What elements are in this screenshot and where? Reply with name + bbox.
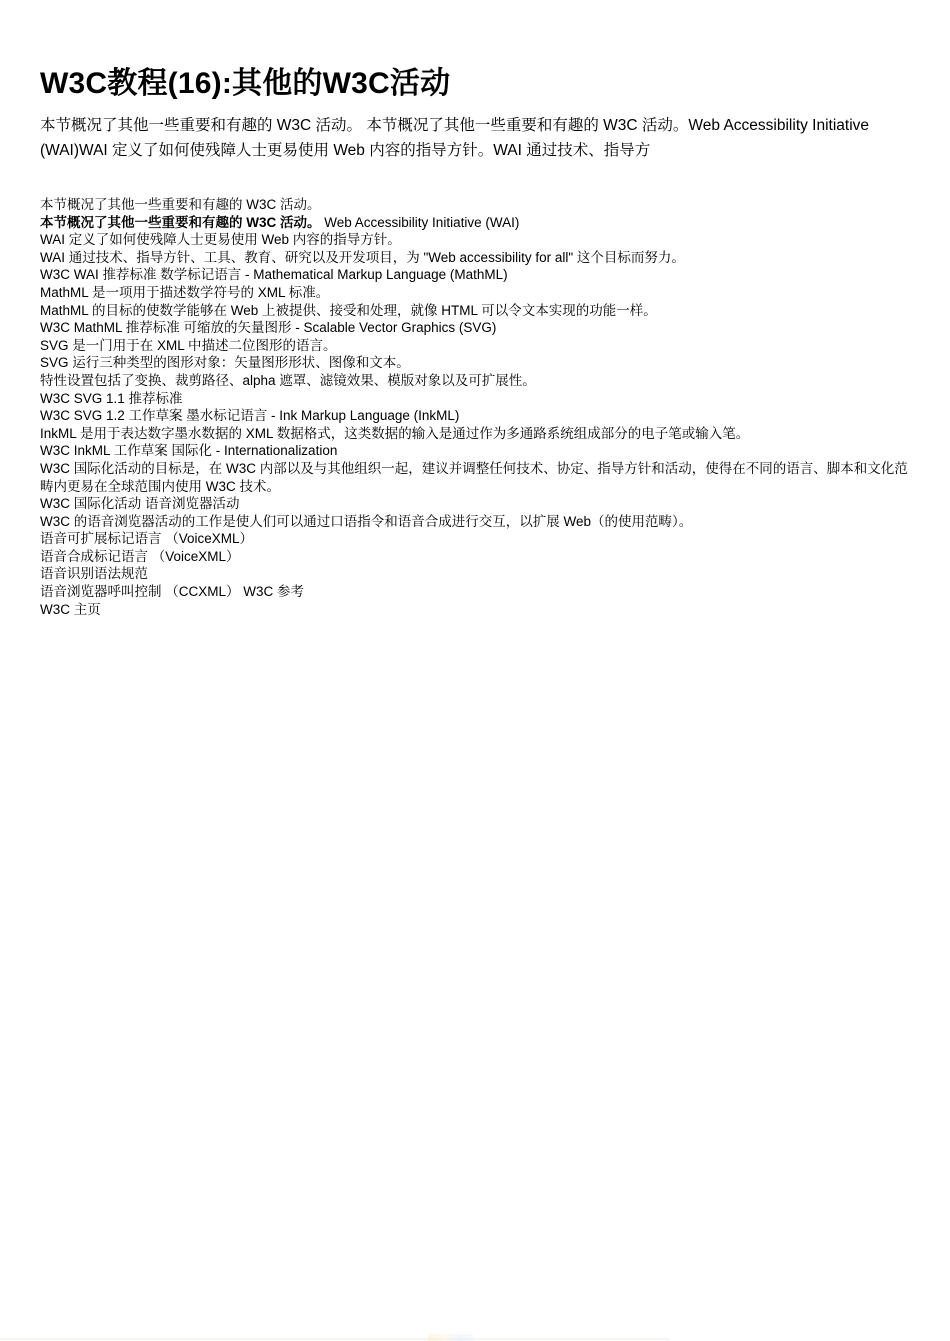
- text-line: MathML 的目标的使数学能够在 Web 上被提供、接受和处理，就像 HTML…: [40, 302, 912, 320]
- text-segment: 语音可扩展标记语言 （VoiceXML）: [40, 531, 253, 546]
- text-segment: InkML 是用于表达数字墨水数据的 XML 数据格式，这类数据的输入是通过作为…: [40, 426, 749, 441]
- text-segment: W3C WAI 推荐标准 数学标记语言 - Mathematical Marku…: [40, 267, 508, 282]
- text-line: W3C WAI 推荐标准 数学标记语言 - Mathematical Marku…: [40, 266, 912, 284]
- text-segment: 语音识别语法规范: [40, 566, 148, 581]
- text-line: 语音可扩展标记语言 （VoiceXML）: [40, 530, 912, 548]
- text-line: WAI 通过技术、指导方针、工具、教育、研究以及开发项目，为 "Web acce…: [40, 249, 912, 267]
- text-line: SVG 运行三种类型的图形对象：矢量图形形状、图像和文本。: [40, 354, 912, 372]
- text-line: W3C InkML 工作草案 国际化 - Internationalizatio…: [40, 442, 912, 460]
- text-line: 语音合成标记语言 （VoiceXML）: [40, 548, 912, 566]
- text-segment: W3C InkML 工作草案 国际化 - Internationalizatio…: [40, 443, 337, 458]
- text-segment: W3C MathML 推荐标准 可缩放的矢量图形 - Scalable Vect…: [40, 320, 496, 335]
- text-line: 语音浏览器呼叫控制 （CCXML） W3C 参考: [40, 583, 912, 601]
- bottom-edge-artifact: [0, 1338, 670, 1340]
- text-line: SVG 是一门用于在 XML 中描述二位图形的语言。: [40, 337, 912, 355]
- text-line: W3C 的语音浏览器活动的工作是使人们可以通过口语指令和语音合成进行交互，以扩展…: [40, 513, 912, 531]
- text-line: 语音识别语法规范: [40, 565, 912, 583]
- text-segment: 特性设置包括了变换、裁剪路径、alpha 遮罩、滤镜效果、模版对象以及可扩展性。: [40, 373, 536, 388]
- text-segment: 语音浏览器呼叫控制 （CCXML） W3C 参考: [40, 584, 304, 599]
- text-segment: W3C 的语音浏览器活动的工作是使人们可以通过口语指令和语音合成进行交互，以扩展…: [40, 514, 692, 529]
- text-line: W3C 国际化活动 语音浏览器活动: [40, 495, 912, 513]
- text-line: W3C SVG 1.2 工作草案 墨水标记语言 - Ink Markup Lan…: [40, 407, 912, 425]
- text-segment: SVG 运行三种类型的图形对象：矢量图形形状、图像和文本。: [40, 355, 410, 370]
- text-segment: W3C SVG 1.2 工作草案 墨水标记语言 - Ink Markup Lan…: [40, 408, 459, 423]
- intro-paragraph: 本节概况了其他一些重要和有趣的 W3C 活动。 本节概况了其他一些重要和有趣的 …: [40, 113, 914, 163]
- text-segment: WAI 定义了如何使残障人士更易使用 Web 内容的指导方针。: [40, 232, 401, 247]
- text-segment: 语音合成标记语言 （VoiceXML）: [40, 549, 240, 564]
- text-line: W3C MathML 推荐标准 可缩放的矢量图形 - Scalable Vect…: [40, 319, 912, 337]
- text-segment: W3C 国际化活动 语音浏览器活动: [40, 496, 240, 511]
- watermark-sliver: [428, 1334, 474, 1341]
- text-line: W3C 主页: [40, 601, 912, 619]
- text-segment: W3C SVG 1.1 推荐标准: [40, 391, 183, 406]
- text-segment: W3C 主页: [40, 602, 101, 617]
- text-line: WAI 定义了如何使残障人士更易使用 Web 内容的指导方针。: [40, 231, 912, 249]
- text-line: 特性设置包括了变换、裁剪路径、alpha 遮罩、滤镜效果、模版对象以及可扩展性。: [40, 372, 912, 390]
- text-line: MathML 是一项用于描述数学符号的 XML 标准。: [40, 284, 912, 302]
- text-segment: Web Accessibility Initiative (WAI): [321, 215, 520, 230]
- text-line: W3C SVG 1.1 推荐标准: [40, 390, 912, 408]
- document-page: { "page": { "background": "#ffffff", "te…: [0, 0, 950, 1341]
- page-title: W3C教程(16):其他的W3C活动: [40, 58, 450, 102]
- text-segment: SVG 是一门用于在 XML 中描述二位图形的语言。: [40, 338, 337, 353]
- text-line: InkML 是用于表达数字墨水数据的 XML 数据格式，这类数据的输入是通过作为…: [40, 425, 912, 443]
- text-segment: W3C 国际化活动的目标是，在 W3C 内部以及与其他组织一起，建议并调整任何技…: [40, 461, 908, 494]
- text-segment: MathML 是一项用于描述数学符号的 XML 标准。: [40, 285, 329, 300]
- text-segment-bold: 本节概况了其他一些重要和有趣的 W3C 活动。: [40, 215, 321, 230]
- text-line: 本节概况了其他一些重要和有趣的 W3C 活动。: [40, 196, 912, 214]
- text-line: W3C 国际化活动的目标是，在 W3C 内部以及与其他组织一起，建议并调整任何技…: [40, 460, 912, 495]
- text-segment: MathML 的目标的使数学能够在 Web 上被提供、接受和处理，就像 HTML…: [40, 303, 657, 318]
- text-segment: 本节概况了其他一些重要和有趣的 W3C 活动。: [40, 197, 321, 212]
- body-text: 本节概况了其他一些重要和有趣的 W3C 活动。本节概况了其他一些重要和有趣的 W…: [40, 196, 912, 618]
- text-segment: WAI 通过技术、指导方针、工具、教育、研究以及开发项目，为 "Web acce…: [40, 250, 685, 265]
- text-line: 本节概况了其他一些重要和有趣的 W3C 活动。 Web Accessibilit…: [40, 214, 912, 232]
